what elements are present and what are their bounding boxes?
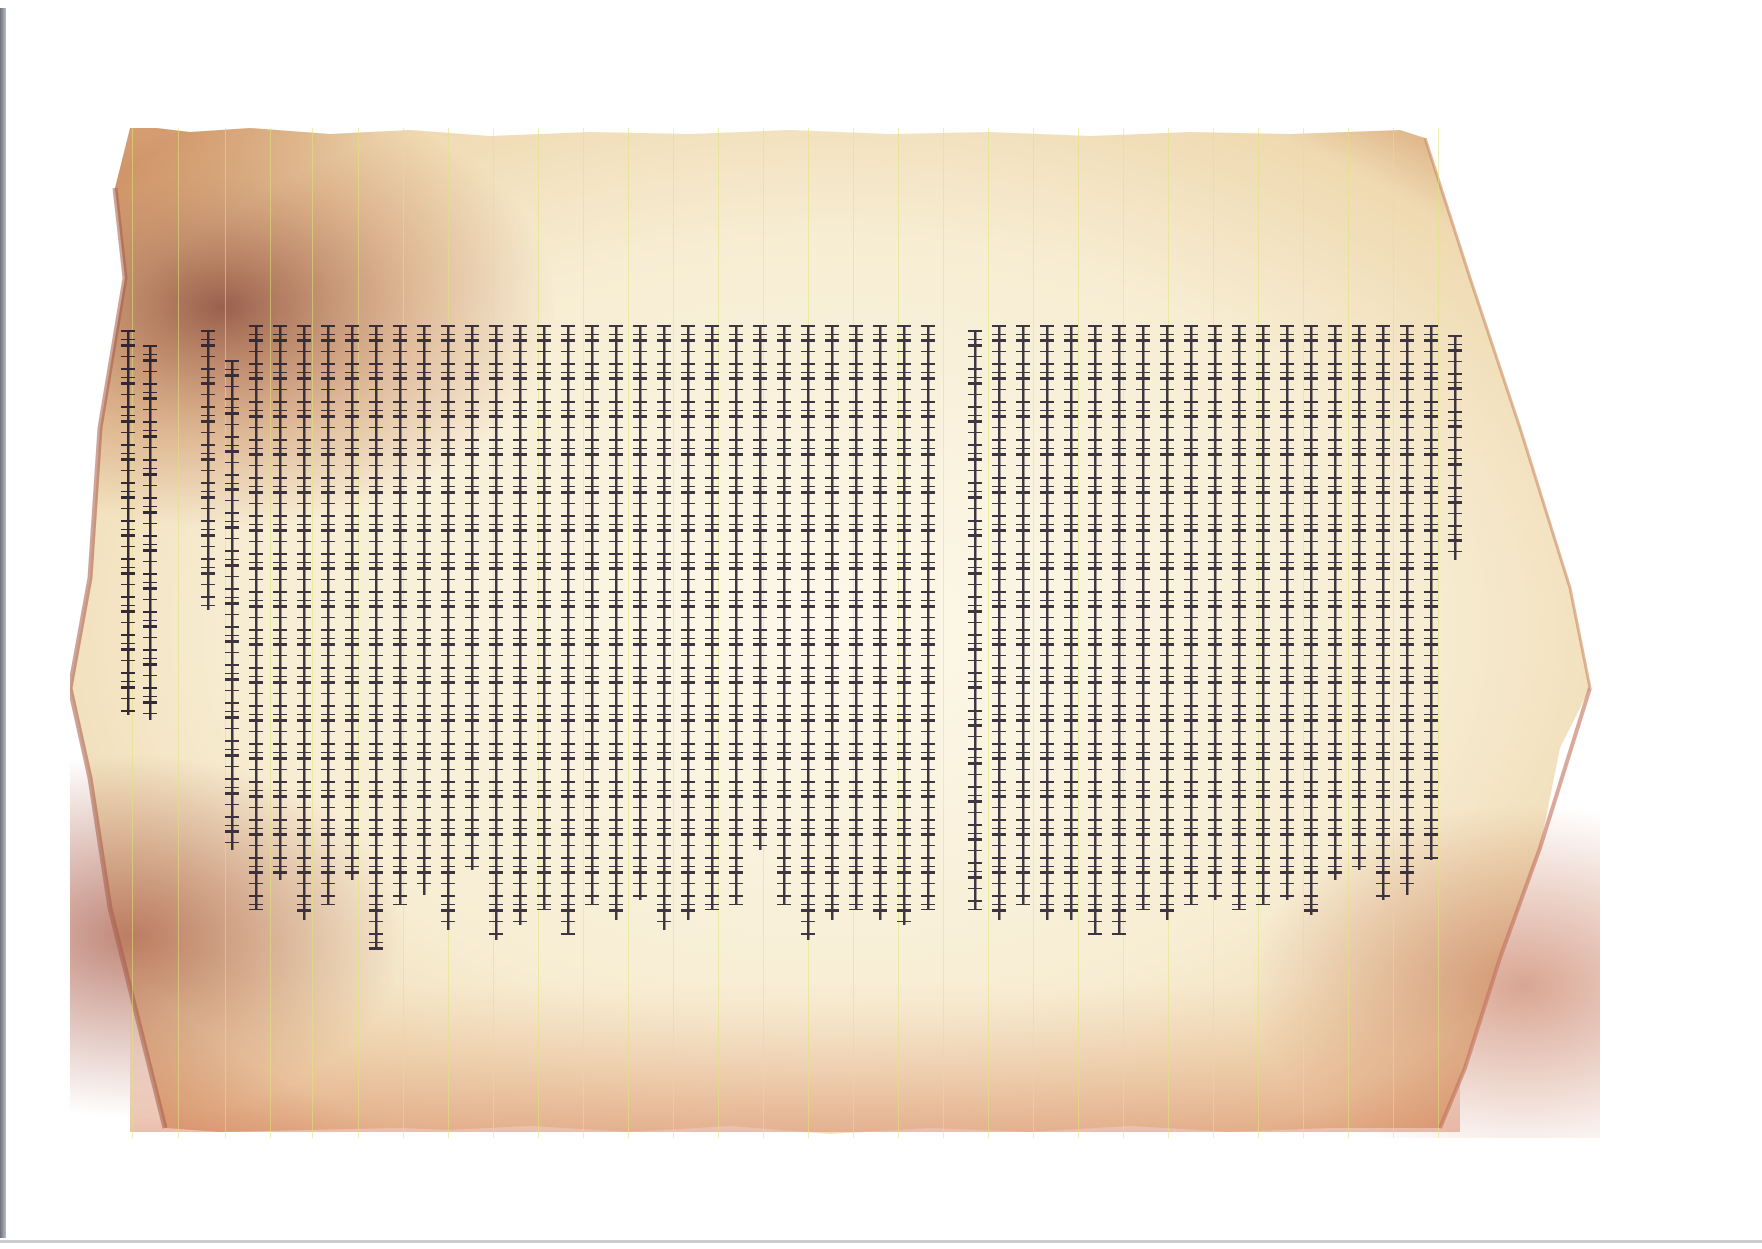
text-column: ᠣᠯᠠᠨ ᠤᠯᠤᠰ ᠤᠨ ᠰᠡᠳᠭᠦᠯ ᠳᠦ ᠵᠣᠬᠢᠶᠠᠯ ᠨᠡᠢᠲᠡᠯᠡᠭᠰ… [801, 325, 815, 940]
text-column: ᠮᠣᠩᠭᠣᠯ ᠬᠡᠯᠡ ᠪᠢᠴᠢᠭ ᠦᠨ ᠰᠤᠳᠤᠯᠤᠯ ᠤᠨ ᠲᠦᠪ ᠦᠨ ᠨ… [441, 325, 455, 930]
text-column: ᠰᠤᠳᠤᠯᠤᠯ ᠤᠨ ᠠᠵᠢᠯ ᠤᠨ ᠦᠷ᠎ᠡ ᠪᠦᠲᠦᠭᠡᠯ ᠦᠨ ᠲᠤᠬᠠᠢ… [873, 325, 887, 920]
text-column: ᠰᠤᠳᠤᠯᠤᠯ ᠤᠨ ᠠᠷᠭ᠎ᠠ ᠪᠠᠷ ᠬᠡᠯᠡ ᠵᠦᠢ ᠶᠢᠨ ᠣᠨᠴᠠᠯᠢ… [393, 325, 407, 905]
text-column: ᠰᠤᠳᠤᠯᠤᠯ ᠤᠨ ᠰᠢᠨ᠎ᠡ ᠠᠷᠭ᠎ᠠ ᠵᠠᠮ ᠢ ᠨᠡᠭᠡᠭᠡᠵᠦ ᠬᠦ… [1184, 325, 1198, 905]
text-column: ᠮᠣᠩᠭᠣᠯ ᠤᠨ ᠤᠯᠠᠷᠠᠯ ᠤᠨ ᠰᠤᠳᠤᠯᠤᠯ ᠤᠨ ᠲᠦᠪ ᠦᠨ ᠬᠠ… [1304, 325, 1318, 915]
text-column: ᠲᠡᠭᠦᠨ ᠦ ᠪᠦᠲᠦᠭᠡᠯ ᠦᠳ ᠨᠢ ᠤᠯᠤᠰ ᠤᠨ ᠰᠠᠩ ᠳᠤ ᠬᠠᠳ… [849, 325, 863, 910]
text-column: ᠰᠤᠷᠭᠠᠭᠤᠯᠢ ᠶᠢᠨ ᠰᠤᠷᠭᠠᠨ ᠬᠦᠮᠦᠵᠢᠯ ᠦᠨ ᠠᠵᠢᠯ ᠢ ᠶ… [1160, 325, 1174, 920]
text-column: ᠡᠷᠳᠡᠮ ᠰᠢᠨᠵᠢᠯᠡᠭᠡ ᠶᠢᠨ ᠬᠤᠷᠠᠯ ᠳᠤ ᠢᠯᠡᠲᠭᠡᠯ ᠲᠠᠯ… [777, 325, 791, 905]
text-column: ᠶᠡᠬᠡ ᠰᠤᠷᠭᠠᠭᠤᠯᠢ ᠶᠢᠨ ᠡᠷᠳᠡᠮᠲᠡᠳ ᠦᠨ ᠪᠦᠲᠦᠭᠡᠯ ᠦ… [417, 325, 431, 895]
text-column: ᠨᠢᠭᠡ᠂ ᠬᠣᠶᠠᠷ ᠤᠨ ᠣᠨ ᠤ ᠵᠢᠯ ᠤᠨ ᠡᠬᠢ ᠰᠤᠷᠪᠤᠯᠵᠢ [201, 330, 215, 610]
text-column: ᠣᠯᠠᠨ ᠤᠯᠤᠰ ᠤᠨ ᠬᠠᠮᠲᠤᠷᠠᠯ ᠤᠨ ᠠᠵᠢᠯ ᠢ ᠥᠷᠭᠡᠵᠢᠭᠦ… [1040, 325, 1054, 920]
text-column: ᠰᠤᠳᠤᠯᠤᠯ ᠤᠨ ᠰᠢᠨ᠎ᠡ ᠠᠷᠭ᠎ᠠ ᠵᠠᠮ ᠢ ᠨᠡᠭᠡᠭᠡᠵᠦ ᠢᠷ… [705, 325, 719, 910]
text-column: ᠰᠤᠳᠤᠯᠤᠯ ᠤᠨ ᠪᠠᠭ ᠤᠨ ᠪᠦᠷᠢᠯᠳᠦᠬᠦᠨ ᠢ ᠲᠣᠳᠣᠷᠬᠠᠢᠯ… [489, 325, 503, 940]
text-column: ᠲᠡᠦᠬᠡ ᠶᠢᠨ ᠰᠤᠷᠪᠤᠯᠵᠢ ᠶᠢ ᠬᠠᠷᠢᠴᠠᠭᠤᠯᠠᠨ ᠰᠢᠨᠵᠢᠯ… [1016, 325, 1030, 905]
text-column: ᠡᠷᠳᠡᠮ ᠰᠢᠨᠵᠢᠯᠡᠭᠡ ᠶᠢᠨ ᠬᠦᠷᠢᠶᠡᠯᠡᠩ ᠳᠦ ᠠᠵᠢᠯᠯᠠᠭ… [1376, 325, 1390, 900]
text-column: ᠬᠡᠯᠡ ᠪᠢᠴᠢᠭ ᠦᠨ ᠰᠤᠳᠤᠯᠤᠯ ᠤᠨ ᠰᠢᠨ᠎ᠡ ᠠᠷᠭ᠎ᠠ ᠶᠢ … [992, 325, 1006, 920]
text-column: ᠲᠡᠦᠬᠡ ᠰᠤᠶᠤᠯ ᠤᠨ ᠦᠪ ᠢ ᠬᠠᠮᠠᠭᠠᠯᠠᠨ ᠬᠠᠳᠠᠭᠠᠯᠠᠬᠤ [633, 325, 647, 900]
text-column: ᠣᠷᠴᠢᠭᠤᠯᠭ᠎ᠠ ᠶᠢᠨ ᠠᠵᠢᠯ ᠢ ᠰᠠᠶᠢᠲᠤᠷ ᠶᠠᠪᠤᠭᠤᠯᠵᠤ … [1280, 325, 1294, 900]
text-column: ᠪᠣᠯᠪᠠᠰᠤᠷᠠᠯ ᠤᠨ ᠴᠢᠨᠠᠷ ᠤᠨ ᠬᠡᠷᠡᠭᠯᠡᠭᠡ ᠶᠢ ᠰᠤᠳᠤ… [273, 325, 287, 880]
text-column: ᠬᠡᠯᠡ ᠵᠦᠢ ᠶᠢᠨ ᠰᠤᠳᠤᠯᠤᠯ ᠤᠨ ᠲᠠᠯ᠎ᠠ ᠪᠠᠷ ᠠᠯᠳᠠᠷᠰ… [729, 325, 743, 905]
text-column: ᠲᠡᠭᠦᠨ ᠦ ᠰᠤᠳᠤᠯᠤᠯ ᠤᠨ ᠠᠵᠢᠯ ᠨᠢ ᠦᠨᠡᠳ ᠬᠦᠷᠲᠡᠭᠰᠡ… [1256, 325, 1270, 905]
text-column: ᠣᠯᠠᠨ ᠤᠯᠤᠰ ᠤᠨ ᠡᠷᠳᠡᠮᠲᠡᠳ ᠦᠨ ᠰᠤᠳᠤᠯᠤᠯ ᠤᠨ ᠦᠷ᠎ᠡ… [369, 325, 383, 950]
text-column: ᠰᠤᠳᠤᠯᠤᠯ ᠤᠨ ᠦᠷ᠎ᠡ ᠳᠦᠩ ᠢ ᠣᠯᠠᠨ ᠨᠡᠢᠲᠡ ᠳᠦ ᠲᠠᠨᠢ… [585, 325, 599, 905]
text-column: ᠡᠷᠳᠡᠮ ᠰᠢᠨᠵᠢᠯᠡᠭᠡ ᠶᠢᠨ ᠬᠠᠭᠤᠷᠮᠠᠭ ᠤᠨ ᠠᠵᠢᠯ ᠢ ᠶ… [609, 325, 623, 920]
text-column: ᠮᠣᠩᠭᠣᠯ ᠰᠤᠳᠤᠯᠤᠯ ᠤᠨ ᠨᠡᠢᠭᠡᠮᠯᠢᠭ ᠦᠨ ᠭᠡᠰᠢᠭᠦᠨ [921, 325, 935, 910]
scan-bottom-edge [0, 1240, 1762, 1243]
body-text-columns: ᠨᠢᠭᠡ᠂ ᠬᠣᠶᠠᠷ ᠤᠨ ᠣᠨ ᠤ ᠵᠢᠯ ᠤᠨ ᠡᠬᠢ ᠰᠤᠷᠪᠤᠯᠵᠢᠮ… [0, 0, 1762, 1249]
text-column: ᠬᠣᠶᠠᠷ᠂ ᠰᠤᠳᠤᠯᠤᠯ ᠤᠨ ᠠᠵᠢᠯ ᠤᠨ ᠭᠣᠣᠯ ᠦᠷ᠎ᠡ ᠳᠦᠩ … [968, 330, 982, 910]
text-column: ᠬᠠᠮᠲᠤ ᠶᠢᠨ ᠪᠦᠲᠦᠭᠡᠯ ᠦᠳ ᠢ ᠣᠯᠠᠨ ᠳᠠᠬᠢᠨ ᠬᠡᠪᠯᠡᠭ… [1208, 325, 1222, 900]
text-column: ᠪᠠᠭᠰᠢ ᠨᠠᠷ ᠤᠨ ᠬᠠᠮᠲᠤ ᠪᠦᠲᠦᠭᠡᠯ ᠦᠳ ᠢ ᠬᠡᠪᠯᠡᠭᠰᠡ… [681, 325, 695, 920]
text-column: ᠪᠦᠲᠦᠭᠡᠯ ᠦᠳ ᠢ ᠨᠡᠢᠲᠡᠯᠡᠨ ᠰᠤᠷᠲᠠᠯᠴᠢᠯᠠᠭᠰᠠᠨ ᠳᠤ … [1328, 325, 1342, 880]
text-column: ᠰᠤᠳᠤᠯᠤᠯ ᠤᠨ ᠠᠵᠢᠯ ᠢ ᠴᠠᠭ ᠠᠳᠠᠯᠢ ᠦᠭᠡᠢ ᠦᠷᠭᠦᠯᠵᠢ… [1352, 325, 1366, 870]
text-column: ᠪᠠᠶᠠᠷᠯᠠᠯ᠎ᠠ [1448, 335, 1462, 560]
text-column: ᠰᠤᠷᠭᠠᠨ ᠬᠦᠮᠦᠵᠢᠯ ᠦᠨ ᠠᠵᠢᠯ ᠢ ᠢᠳᠡᠪᠬᠢᠲᠡᠢ ᠶᠠᠪᠤᠭ… [753, 325, 767, 850]
text-column: ᠡᠷᠳᠡᠮ ᠰᠢᠨᠵᠢᠯᠡᠭᠡ ᠶᠢᠨ ᠭᠠᠪᠢᠶ᠎ᠠ ᠰᠢᠭᠨᠠᠯ ᠦᠨ ᠤᠷ… [1112, 325, 1126, 935]
text-column: ᠮᠣᠩᠭᠣᠯ ᠤᠨ ᠨᠢᠭᠤᠴᠠ ᠲᠣᠪᠴᠢᠶᠠᠨ ᠤ ᠰᠤᠳᠤᠯᠤᠯ ᠤᠨ ᠡ… [225, 360, 239, 850]
text-column: ᠡᠷᠳᠡᠮ ᠰᠢᠨᠵᠢᠯᠡᠭᠡ ᠶᠢᠨ ᠠᠺᠠᠳᠧᠮᠢ ᠶᠢᠨ ᠭᠢᠰᠢᠭᠦᠨ [513, 325, 527, 925]
text-column: ᠰᠤᠳᠤᠯᠤᠯ ᠤᠨ ᠠᠵᠢᠯ ᠤᠨ ᠦᠷ᠎ᠡ ᠳᠦᠩ ᠢ ᠦᠨᠡᠯᠡᠨ ᠳᠦᠭ… [1088, 325, 1102, 935]
text-column: ᠲᠡᠦᠬᠡ ᠶᠢᠨ ᠰᠤᠷᠪᠤᠯᠵᠢ ᠶᠢ ᠬᠠᠷᠢᠴᠠᠭᠤᠯᠤᠨ ᠰᠢᠨᠵᠢᠯ… [345, 325, 359, 880]
text-column: ᠬᠠᠮᠲᠤ ᠶᠢᠨ ᠠᠵᠢᠯ ᠢ ᠵᠣᠬᠢᠶᠠᠨ ᠪᠠᠶᠢᠭᠤᠯᠵᠤ ᠪᠠᠢᠨ᠎… [465, 325, 479, 870]
text-column: ᠡᠷᠳᠡᠮ ᠰᠢᠨᠵᠢᠯᠡᠭᠡ ᠶᠢᠨ ᠬᠤᠷᠠᠯ ᠳᠤ ᠣᠷᠣᠯᠴᠠᠭᠰᠠᠨ … [1232, 325, 1246, 910]
text-column: ᠮᠣᠩᠭᠣᠯ ᠤᠨ ᠤᠯᠠᠷᠠᠯ ᠤᠨ ᠰᠤᠳᠤᠯᠤᠯ ᠤᠨ ᠲᠦᠪ ᠦᠨ ᠡᠷ… [657, 325, 671, 930]
text-column: ᠲᠡᠭᠦᠨ ᠦ ᠰᠤᠳᠤᠯᠤᠯ ᠦᠨ ᠠᠷᠭ᠎ᠠ ᠪᠠ ᠰᠤᠳᠤᠯᠤᠭᠴᠢ ᠶᠢ… [249, 325, 263, 910]
text-column: ᠣᠯᠠᠨ ᠤᠯᠤᠰ ᠤᠨ ᠪᠠᠭ ᠤᠨ ᠬᠠᠮᠲᠤᠷᠠᠯ ᠤᠨ ᠠᠵᠢᠯ ᠲᠤ … [537, 325, 551, 910]
text-column: ᠲᠡᠭᠦᠨ ᠦ ᠡᠷᠳᠡᠮ ᠰᠢᠨᠵᠢᠯᠡᠭᠡ ᠶᠢᠨ ᠠᠵᠢᠯ ᠨᠢ ᠦᠨᠡᠯ… [1424, 325, 1438, 860]
text-column: ᠪᠦᠲᠦᠭᠡᠯ ᠦᠳ ᠨᠢ ᠣᠯᠠᠨ ᠤᠯᠤᠰ ᠤᠨ ᠰᠡᠳᠭᠦᠯ ᠳᠦ ᠨᠡᠢ… [1064, 325, 1078, 920]
text-column: ᠣᠷᠴᠢᠭᠤᠯᠭ᠎ᠠ ᠶᠢᠨ ᠠᠵᠢᠯ ᠢ ᠡᠷᠬᠢᠯᠡᠨ ᠶᠠᠪᠤᠭᠤᠯᠵᠤ … [897, 325, 911, 925]
text-column: ᠡᠷᠳᠡᠮ ᠰᠢᠨᠵᠢᠯᠡᠭᠡ ᠶᠢᠨ ᠠᠵᠢᠯ ᠤᠨ ᠬᠦᠷᠢᠶ᠎ᠡ ᠳᠦ ᠣ… [297, 325, 311, 920]
text-column: ᠦᠷ᠎ᠡ ᠳᠦᠩ ᠦᠳ ᠨᠢ ᠤᠯᠤᠰ ᠤᠨ ᠰᠠᠩ ᠳᠤ ᠬᠠᠳᠠᠭᠠᠯᠠᠭᠳ… [1400, 325, 1414, 895]
text-column: ᠨᠣᠮ ᠪᠦᠲᠦᠭᠡᠯ ᠦᠳ ᠢ ᠬᠡᠪᠯᠡᠨ ᠨᠡᠢᠲᠡᠯᠡᠵᠦ ᠪᠠᠢᠨ᠎ᠠ [561, 325, 575, 935]
text-column: ᠪᠢᠴᠢᠭ ᠦᠨ ᠬᠡᠯᠡ ᠶᠢᠨ ᠰᠤᠳᠤᠯᠤᠯ ᠤᠨ ᠳᠡᠪᠰᠢᠯᠲᠡ ᠶᠢ… [321, 325, 335, 905]
text-column: ᠮᠣᠩᠭᠣᠯ ᠬᠡᠯᠡ ᠰᠤᠳᠤᠯᠤᠯ ᠤᠨ ᠬᠦᠷᠢᠶᠡᠯᠡᠩ ᠦᠨ ᠡᠷᠬᠢ… [1136, 325, 1150, 910]
text-column: ᠭᠠᠪᠢᠶ᠎ᠠ ᠰᠢᠭᠦᠮᠵᠢᠯ ᠢᠶᠡᠷ ᠰᠢᠭᠨᠠᠯ ᠦᠨ ᠤᠷᠢᠮᠰᠢᠯ … [825, 325, 839, 920]
